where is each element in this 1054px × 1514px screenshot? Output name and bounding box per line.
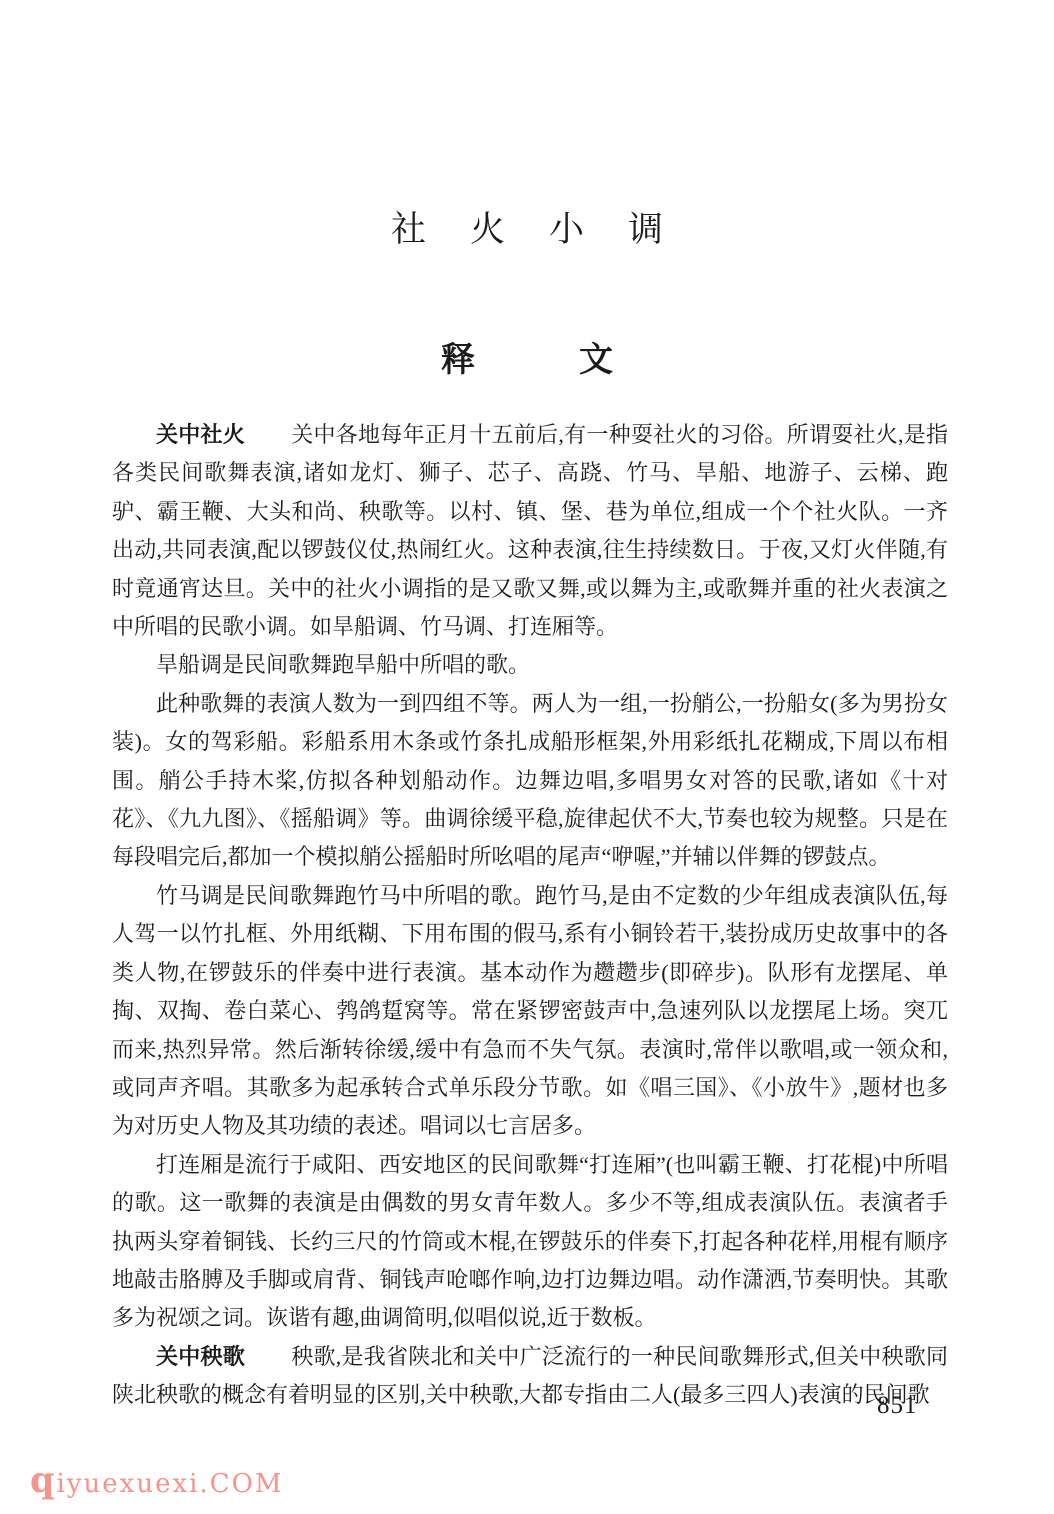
paragraph: 关中社火关中各地每年正月十五前后,有一种耍社火的习俗。所谓耍社火,是指各类民间歌… [112, 416, 948, 646]
paragraph-lead: 关中社火 [156, 422, 245, 447]
watermark: qiyuexuexi.COM [30, 1460, 284, 1501]
paragraph: 此种歌舞的表演人数为一到四组不等。两人为一组,一扮艄公,一扮船女(多为男扮女装)… [112, 685, 948, 877]
paragraph-text: 关中各地每年正月十五前后,有一种耍社火的习俗。所谓耍社火,是指各类民间歌舞表演,… [112, 422, 948, 639]
page-title: 社火小调 [0, 202, 1054, 252]
paragraph: 竹马调是民间歌舞跑竹马中所唱的歌。跑竹马,是由不定数的少年组成表演队伍,每人驾一… [112, 877, 948, 1146]
paragraph-text: 此种歌舞的表演人数为一到四组不等。两人为一组,一扮艄公,一扮船女(多为男扮女装)… [112, 691, 948, 870]
body-text: 关中社火关中各地每年正月十五前后,有一种耍社火的习俗。所谓耍社火,是指各类民间歌… [112, 416, 948, 1415]
paragraph-text: 竹马调是民间歌舞跑竹马中所唱的歌。跑竹马,是由不定数的少年组成表演队伍,每人驾一… [112, 883, 948, 1138]
paragraph-text: 打连厢是流行于咸阳、西安地区的民间歌舞“打连厢”(也叫霸王鞭、打花棍)中所唱的歌… [112, 1152, 948, 1331]
book-page: 社火小调 释文 关中社火关中各地每年正月十五前后,有一种耍社火的习俗。所谓耍社火… [0, 0, 1054, 1514]
paragraph: 关中秧歌秧歌,是我省陕北和关中广泛流行的一种民间歌舞形式,但关中秧歌同陕北秧歌的… [112, 1338, 948, 1415]
section-heading: 释文 [0, 332, 1054, 381]
paragraph-text: 旱船调是民间歌舞跑旱船中所唱的歌。 [156, 652, 530, 677]
paragraph: 打连厢是流行于咸阳、西安地区的民间歌舞“打连厢”(也叫霸王鞭、打花棍)中所唱的歌… [112, 1146, 948, 1338]
paragraph-lead: 关中秧歌 [156, 1344, 245, 1369]
page-number: 851 [877, 1392, 918, 1420]
paragraph: 旱船调是民间歌舞跑旱船中所唱的歌。 [112, 646, 948, 684]
